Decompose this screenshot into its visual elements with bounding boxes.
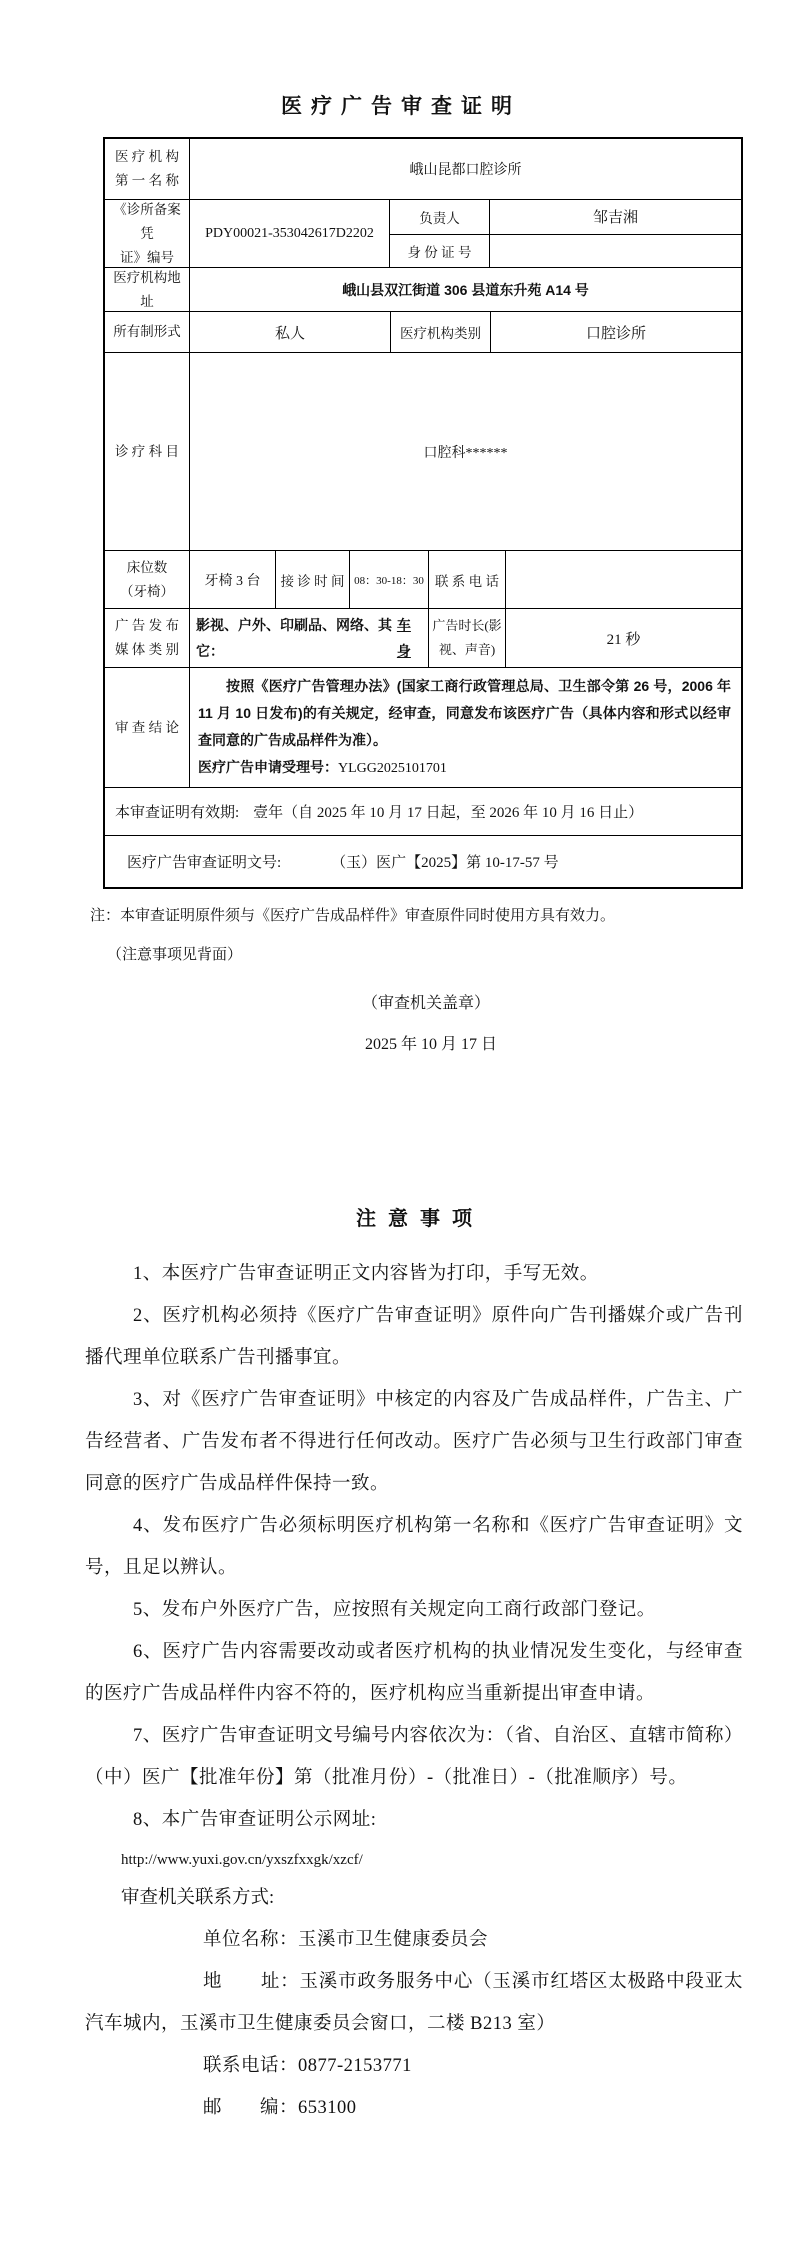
row-doc-no: 医疗广告审查证明文号: （玉）医广【2025】第 10-17-57 号 xyxy=(105,835,741,887)
row-validity: 本审查证明有效期: 壹年（自 2025 年 10 月 17 日起，至 2026 … xyxy=(105,787,741,835)
original-validity-note: 注：本审查证明原件须与《医疗广告成品样件》审查原件同时使用方具有效力。 xyxy=(90,905,743,927)
row-media: 广 告 发 布 媒 体 类 别 影视、户外、印刷品、网络、其它：车身 广告时长(… xyxy=(105,608,741,667)
address-value: 峨山县双江街道 306 县道东升苑 A14 号 xyxy=(189,268,741,311)
contact-phone-value xyxy=(505,551,741,608)
departments-label: 诊 疗 科 目 xyxy=(105,353,189,550)
validity-label: 本审查证明有效期: xyxy=(115,801,239,822)
acceptance-number: YLGG2025101701 xyxy=(338,761,447,776)
notice-section: 注意事项 1、本医疗广告审查证明正文内容皆为打印，手写无效。 2、医疗机构必须持… xyxy=(85,1202,743,2129)
notice-item: 6、医疗广告内容需要改动或者医疗机构的执业情况发生变化，与经审查的医疗广告成品样… xyxy=(85,1631,743,1715)
acceptance-line: 医疗广告申请受理号：YLGG2025101701 xyxy=(198,754,731,782)
contact-phone: 联系电话：0877-2153771 xyxy=(85,2045,743,2087)
conclusion-text: 按照《医疗广告管理办法》(国家工商行政管理总局、卫生部令第 26 号，2006 … xyxy=(198,673,731,754)
see-backside-note: （注意事项见背面） xyxy=(107,943,743,964)
principal-value: 邹吉湘 xyxy=(489,200,741,234)
beds-value: 牙椅 3 台 xyxy=(189,551,275,608)
doc-no-label: 医疗广告审查证明文号: xyxy=(127,851,281,872)
doc-no-cell: 医疗广告审查证明文号: （玉）医广【2025】第 10-17-57 号 xyxy=(105,836,741,887)
doc-no-value: （玉）医广【2025】第 10-17-57 号 xyxy=(331,851,559,872)
stamp-placeholder: （审查机关盖章） xyxy=(362,990,743,1013)
org-name-value: 峨山昆都口腔诊所 xyxy=(189,139,741,199)
id-no-label: 身 份 证 号 xyxy=(390,235,489,268)
category-label: 医疗机构类别 xyxy=(390,312,490,352)
row-beds: 床位数 （牙椅） 牙椅 3 台 接 诊 时 间 08：30-18：30 联 系 … xyxy=(105,550,741,608)
notice-item: 3、对《医疗广告审查证明》中核定的内容及广告成品样件，广告主、广告经营者、广告发… xyxy=(85,1379,743,1505)
certificate-page: 医疗广告审查证明 医 疗 机 构 第 一 名 称 峨山昆都口腔诊所 《诊所备案凭… xyxy=(0,0,793,2244)
notice-item: 7、医疗广告审查证明文号编号内容依次为：（省、自治区、直辖市简称）（中）医广【批… xyxy=(85,1715,743,1799)
row-org-name: 医 疗 机 构 第 一 名 称 峨山昆都口腔诊所 xyxy=(105,139,741,199)
contact-address: 地 址：玉溪市政务服务中心（玉溪市红塔区太极路中段亚太汽车城内，玉溪市卫生健康委… xyxy=(85,1961,743,2045)
record-no-value: PDY00021-353042617D2202 xyxy=(189,200,389,267)
ownership-label: 所有制形式 xyxy=(105,312,189,352)
acceptance-label: 医疗广告申请受理号： xyxy=(198,759,338,775)
media-value-prefix: 影视、户外、印刷品、网络、其它： xyxy=(196,612,397,664)
org-name-label: 医 疗 机 构 第 一 名 称 xyxy=(105,139,189,199)
media-label: 广 告 发 布 媒 体 类 别 xyxy=(105,609,189,667)
departments-value: 口腔科****** xyxy=(189,353,741,550)
issue-date: 2025 年 10 月 17 日 xyxy=(365,1031,743,1054)
contact-block: 单位名称：玉溪市卫生健康委员会 地 址：玉溪市政务服务中心（玉溪市红塔区太极路中… xyxy=(85,1919,743,2129)
certificate-table: 医 疗 机 构 第 一 名 称 峨山昆都口腔诊所 《诊所备案凭 证》编号 PDY… xyxy=(103,137,743,889)
principal-block: 负责人 邹吉湘 身 份 证 号 xyxy=(389,200,741,267)
principal-label: 负责人 xyxy=(390,200,489,234)
address-label: 医疗机构地址 xyxy=(105,268,189,311)
media-value-other: 车身 xyxy=(397,612,422,664)
publicity-url-link[interactable]: http://www.yuxi.gov.cn/yxszfxxgk/xzcf/ xyxy=(121,1843,743,1877)
ownership-value: 私人 xyxy=(189,312,390,352)
row-record-no: 《诊所备案凭 证》编号 PDY00021-353042617D2202 负责人 … xyxy=(105,199,741,267)
record-no-label: 《诊所备案凭 证》编号 xyxy=(105,200,189,267)
notice-item: 8、本广告审查证明公示网址: xyxy=(85,1799,743,1841)
category-value: 口腔诊所 xyxy=(490,312,741,352)
row-ownership: 所有制形式 私人 医疗机构类别 口腔诊所 xyxy=(105,311,741,352)
duration-value: 21 秒 xyxy=(505,609,741,667)
row-address: 医疗机构地址 峨山县双江街道 306 县道东升苑 A14 号 xyxy=(105,267,741,311)
contact-heading: 审查机关联系方式: xyxy=(121,1877,743,1919)
conclusion-cell: 按照《医疗广告管理办法》(国家工商行政管理总局、卫生部令第 26 号，2006 … xyxy=(189,668,741,787)
id-no-value xyxy=(489,235,741,268)
page-title: 医疗广告审查证明 xyxy=(0,90,793,120)
duration-label: 广告时长(影 视、声音) xyxy=(428,609,505,667)
notice-item: 2、医疗机构必须持《医疗广告审查证明》原件向广告刊播媒介或广告刊播代理单位联系广… xyxy=(85,1295,743,1379)
contact-unit-name: 单位名称：玉溪市卫生健康委员会 xyxy=(85,1919,743,1961)
id-no-row: 身 份 证 号 xyxy=(390,234,741,268)
reception-time-label: 接 诊 时 间 xyxy=(275,551,349,608)
principal-row: 负责人 邹吉湘 xyxy=(390,200,741,234)
contact-postcode: 邮 编：653100 xyxy=(85,2087,743,2129)
notice-title: 注意事项 xyxy=(85,1202,743,1231)
row-conclusion: 审 查 结 论 按照《医疗广告管理办法》(国家工商行政管理总局、卫生部令第 26… xyxy=(105,667,741,787)
beds-label: 床位数 （牙椅） xyxy=(105,551,189,608)
validity-value: 壹年（自 2025 年 10 月 17 日起，至 2026 年 10 月 16 … xyxy=(253,801,643,822)
row-departments: 诊 疗 科 目 口腔科****** xyxy=(105,352,741,550)
notice-item: 1、本医疗广告审查证明正文内容皆为打印，手写无效。 xyxy=(85,1253,743,1295)
media-value: 影视、户外、印刷品、网络、其它：车身 xyxy=(189,609,428,667)
notice-item: 5、发布户外医疗广告，应按照有关规定向工商行政部门登记。 xyxy=(85,1589,743,1631)
validity-cell: 本审查证明有效期: 壹年（自 2025 年 10 月 17 日起，至 2026 … xyxy=(105,788,741,835)
conclusion-label: 审 查 结 论 xyxy=(105,668,189,787)
reception-time-value: 08：30-18：30 xyxy=(349,551,428,608)
notice-item: 4、发布医疗广告必须标明医疗机构第一名称和《医疗广告审查证明》文号，且足以辨认。 xyxy=(85,1505,743,1589)
contact-phone-label: 联 系 电 话 xyxy=(428,551,505,608)
